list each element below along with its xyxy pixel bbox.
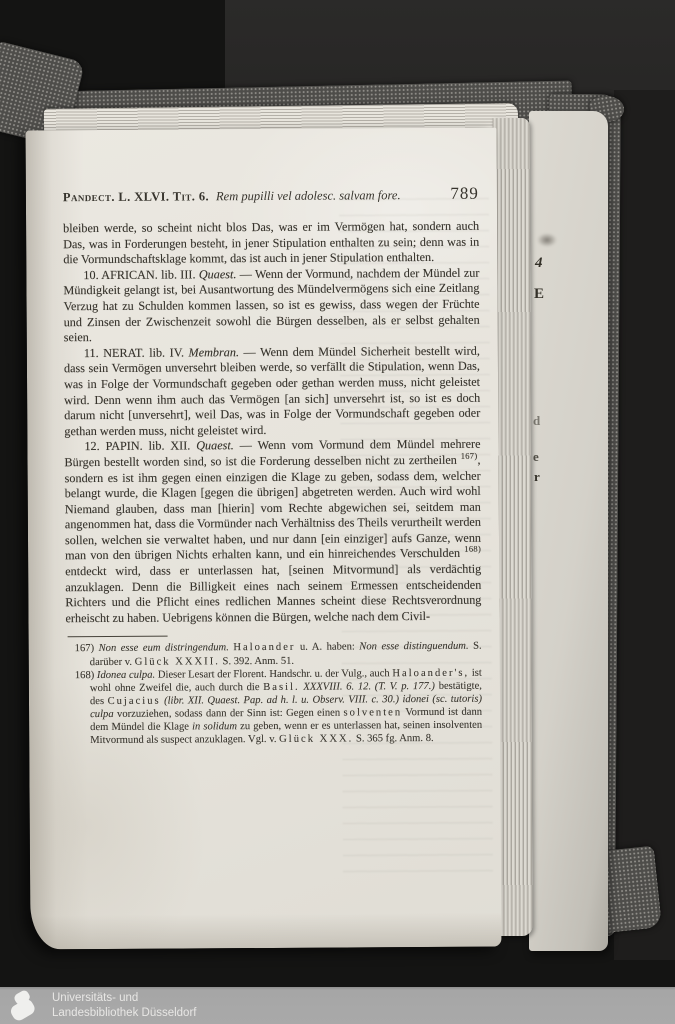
- bleed-through-character: d: [533, 413, 540, 429]
- footnote-text: vorzuziehen, sodass dann der Sinn ist: G…: [117, 707, 340, 719]
- author-name: Haloander: [233, 642, 295, 653]
- library-name: Universitäts- und Landesbibliothek Düsse…: [52, 991, 196, 1020]
- library-watermark-bar: Universitäts- und Landesbibliothek Düsse…: [0, 987, 675, 1024]
- author-name: Glück XXX.: [279, 734, 353, 745]
- bleed-through-character: r: [534, 469, 540, 485]
- footnote-ref-168: 168): [464, 544, 481, 554]
- author-name: Haloander's,: [392, 667, 469, 678]
- footnote-ref-167: 167): [461, 451, 478, 461]
- dash: —: [240, 438, 252, 452]
- ink-smudge: [537, 233, 557, 247]
- background-right-shade: [614, 90, 675, 960]
- footnote-label: 168): [75, 670, 94, 681]
- source-name: Basil.: [263, 682, 300, 693]
- bleed-through-character: E: [534, 286, 544, 303]
- latin-phrase: in solidum: [192, 721, 237, 732]
- page-content: Pandect. L. XLVI. Tit. 6. Rem pupilli ve…: [63, 184, 482, 748]
- work-title: Membran.: [188, 345, 239, 359]
- emphasized-word: solventen: [344, 707, 403, 718]
- paragraph-text: entdeckt wird, dass er unterlassen hat, …: [65, 562, 481, 625]
- latin-phrase: Idonea culpa.: [97, 669, 155, 680]
- author-name: Cujacius: [108, 695, 161, 706]
- book-page: Pandect. L. XLVI. Tit. 6. Rem pupilli ve…: [26, 128, 502, 950]
- running-header: Pandect. L. XLVI. Tit. 6. Rem pupilli ve…: [63, 184, 479, 207]
- footnote-168: 168) Idonea culpa. Dieser Lesart der Flo…: [66, 666, 482, 747]
- work-title: Quaest.: [196, 438, 234, 452]
- watermark-line-1: Universitäts- und: [52, 991, 196, 1006]
- footnote-text: S. 392. Anm. 51.: [222, 655, 294, 666]
- bleed-through-character: e: [533, 449, 539, 465]
- ulb-duesseldorf-logo: [5, 990, 43, 1022]
- paragraph-12: 12. PAPIN. lib. XII. Quaest. — Wenn vom …: [64, 437, 481, 627]
- author-name: Glück XXXII.: [135, 656, 220, 668]
- paragraph-text: , sondern es ist ihm gegen einen einzige…: [65, 453, 481, 563]
- page-number: 789: [450, 184, 479, 204]
- bleed-through-character: 4: [535, 255, 543, 272]
- latin-phrase: XXXVIII. 6. 12. (T. V. p. 177.): [303, 681, 435, 693]
- footnote-167: 167) Non esse eum distringendum. Haloand…: [66, 640, 482, 669]
- watermark-line-2: Landesbibliothek Düsseldorf: [52, 1006, 196, 1021]
- footnote-label: 167): [75, 643, 94, 654]
- header-title: Rem pupilli vel adolesc. salvam fore.: [216, 188, 444, 204]
- paragraph-continuation: bleiben werde, so scheint nicht blos Das…: [63, 219, 479, 268]
- scanned-book-photo: 4 E d e r Pandect. L. XLVI. Tit. 6. Rem …: [0, 0, 675, 1024]
- paragraph-text: bleiben werde, so scheint nicht blos Das…: [63, 219, 479, 267]
- footnote-separator-rule: [68, 636, 168, 638]
- paragraph-11: 11. NERAT. lib. IV. Membran. — Wenn dem …: [64, 343, 481, 439]
- header-citation: Pandect. L. XLVI. Tit. 6.: [63, 189, 209, 205]
- facing-page-edge: 4 E d e r: [529, 111, 608, 951]
- paragraph-lead: 12. PAPIN. lib. XII.: [84, 439, 190, 454]
- latin-phrase: Non esse distinguendum.: [359, 641, 468, 653]
- footnote-text: u. A. haben:: [300, 642, 355, 653]
- paragraph-10: 10. AFRICAN. lib. III. Quaest. — Wenn de…: [63, 265, 479, 346]
- paragraph-lead: 10. AFRICAN. lib. III.: [83, 267, 195, 282]
- footnote-text: Dieser Lesart der Florent. Handschr. u. …: [158, 668, 390, 680]
- dash: —: [243, 345, 255, 359]
- paragraph-lead: 11. NERAT. lib. IV.: [84, 345, 184, 360]
- dash: —: [240, 267, 252, 281]
- latin-phrase: Non esse eum distringendum.: [99, 643, 229, 655]
- work-title: Quaest.: [199, 267, 237, 281]
- footnote-text: S. 365 fg. Anm. 8.: [356, 733, 434, 744]
